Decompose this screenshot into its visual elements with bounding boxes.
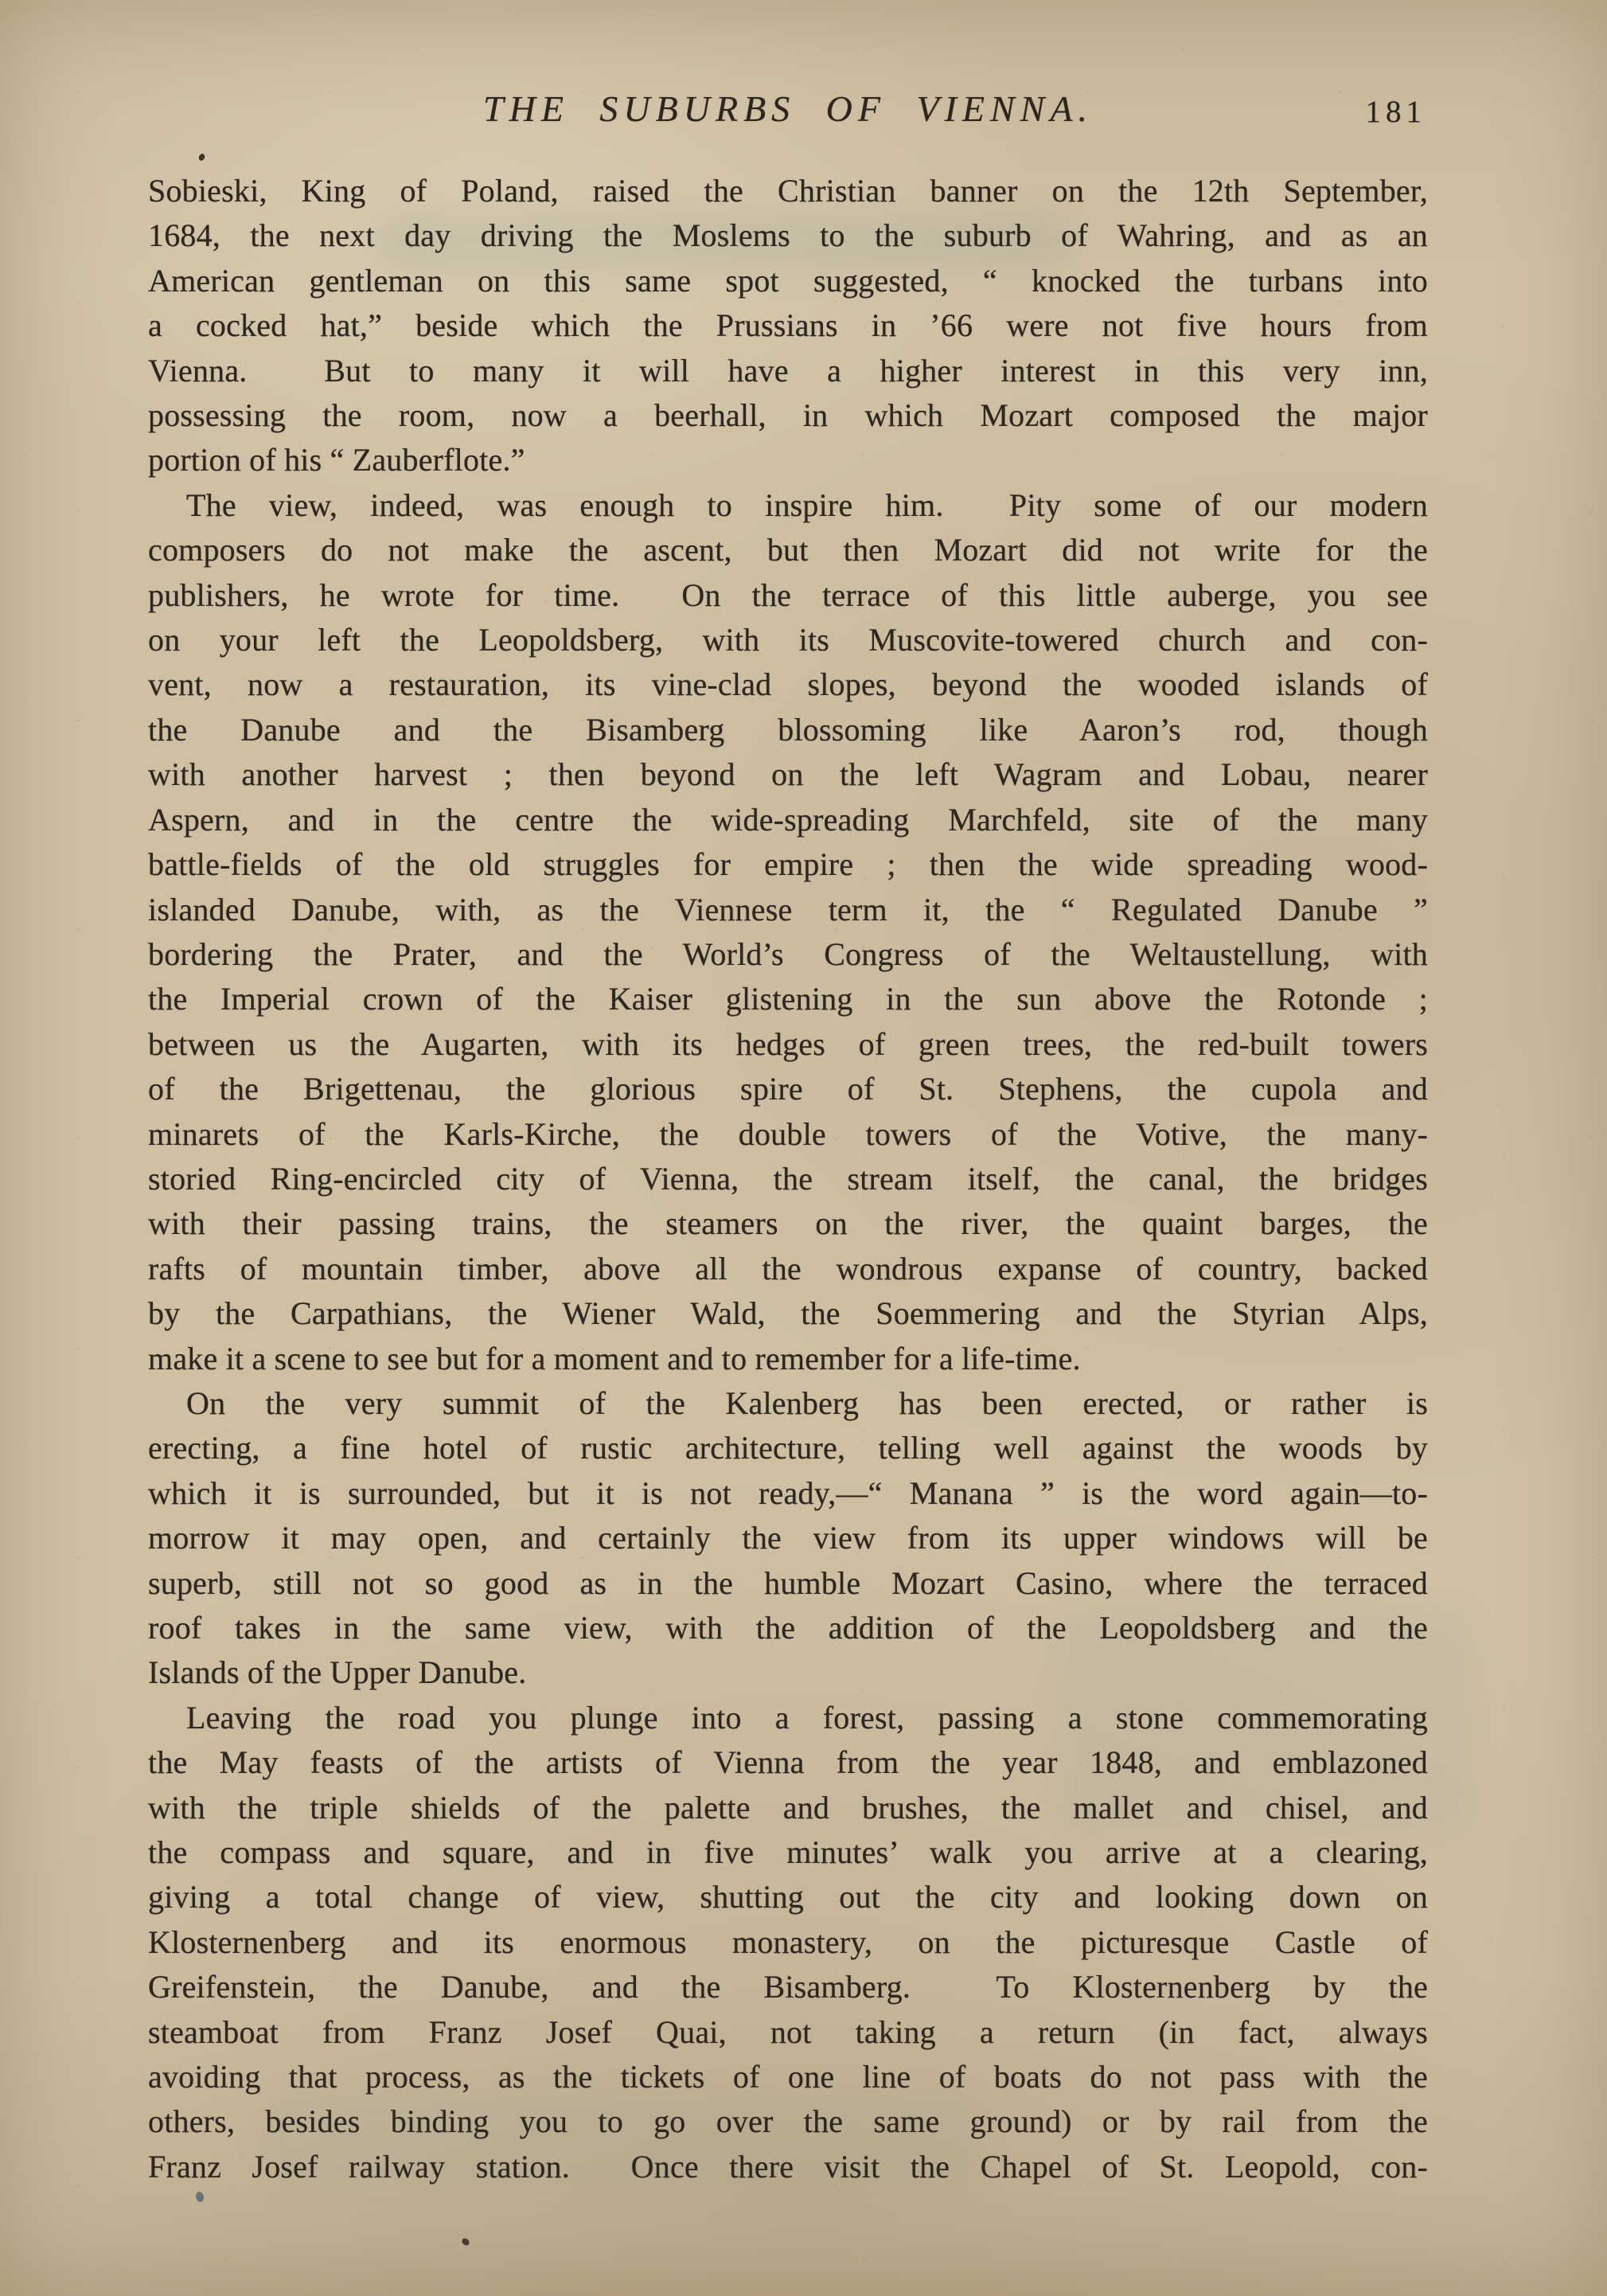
text-line: Klosternenberg and its enormous monaster… bbox=[148, 1920, 1428, 1965]
text-line: steamboat from Franz Josef Quai, not tak… bbox=[148, 2010, 1428, 2055]
ink-speck bbox=[461, 2237, 471, 2247]
text-line: Franz Josef railway station. Once there … bbox=[148, 2145, 1428, 2189]
text-line: others, besides binding you to go over t… bbox=[148, 2099, 1428, 2144]
text-line: make it a scene to see but for a moment … bbox=[148, 1337, 1428, 1381]
page-number: 181 bbox=[1366, 96, 1427, 129]
text-line: the compass and square, and in five minu… bbox=[148, 1830, 1428, 1875]
text-line: possessing the room, now a beerhall, in … bbox=[148, 393, 1428, 438]
text-line: On the very summit of the Kalenberg has … bbox=[148, 1381, 1428, 1426]
text-line: vent, now a restauration, its vine-clad … bbox=[148, 662, 1428, 707]
text-line: islanded Danube, with, as the Viennese t… bbox=[148, 888, 1428, 932]
text-line: the Danube and the Bisamberg blossoming … bbox=[148, 708, 1428, 752]
text-line: The view, indeed, was enough to inspire … bbox=[148, 483, 1428, 528]
text-line: the May feasts of the artists of Vienna … bbox=[148, 1740, 1428, 1785]
text-line: superb, still not so good as in the humb… bbox=[148, 1561, 1428, 1606]
text-line: Greifenstein, the Danube, and the Bisamb… bbox=[148, 1965, 1428, 2009]
text-line: morrow it may open, and certainly the vi… bbox=[148, 1516, 1428, 1560]
text-line: Sobieski, King of Poland, raised the Chr… bbox=[148, 169, 1428, 213]
text-line: composers do not make the ascent, but th… bbox=[148, 528, 1428, 572]
text-line: Leaving the road you plunge into a fores… bbox=[148, 1696, 1428, 1740]
running-header: THE SUBURBS OF VIENNA. 181 bbox=[148, 89, 1428, 140]
body-text: Sobieski, King of Poland, raised the Chr… bbox=[148, 169, 1428, 2189]
text-line: with the triple shields of the palette a… bbox=[148, 1786, 1428, 1830]
text-line: with another harvest ; then beyond on th… bbox=[148, 752, 1428, 797]
ink-speck bbox=[197, 153, 205, 162]
text-line: American gentleman on this same spot sug… bbox=[148, 259, 1428, 303]
paragraph: Sobieski, King of Poland, raised the Chr… bbox=[148, 169, 1428, 483]
text-line: erecting, a fine hotel of rustic archite… bbox=[148, 1426, 1428, 1470]
text-line: bordering the Prater, and the World’s Co… bbox=[148, 932, 1428, 977]
text-line: battle-fields of the old struggles for e… bbox=[148, 842, 1428, 887]
text-line: Aspern, and in the centre the wide-sprea… bbox=[148, 798, 1428, 842]
text-line: Vienna. But to many it will have a highe… bbox=[148, 349, 1428, 393]
paragraph: Leaving the road you plunge into a fores… bbox=[148, 1696, 1428, 2189]
text-line: by the Carpathians, the Wiener Wald, the… bbox=[148, 1291, 1428, 1336]
text-line: giving a total change of view, shutting … bbox=[148, 1875, 1428, 1919]
text-line: between us the Augarten, with its hedges… bbox=[148, 1022, 1428, 1067]
text-line: the Imperial crown of the Kaiser glisten… bbox=[148, 977, 1428, 1021]
text-line: roof takes in the same view, with the ad… bbox=[148, 1606, 1428, 1650]
text-line: with their passing trains, the steamers … bbox=[148, 1201, 1428, 1246]
text-line: a cocked hat,” beside which the Prussian… bbox=[148, 303, 1428, 348]
text-line: Islands of the Upper Danube. bbox=[148, 1650, 1428, 1695]
book-page-scan: THE SUBURBS OF VIENNA. 181 Sobieski, Kin… bbox=[0, 0, 1607, 2296]
text-line: storied Ring-encircled city of Vienna, t… bbox=[148, 1157, 1428, 1201]
text-line: avoiding that process, as the tickets of… bbox=[148, 2055, 1428, 2099]
text-line: on your left the Leopoldsberg, with its … bbox=[148, 618, 1428, 662]
paragraph: On the very summit of the Kalenberg has … bbox=[148, 1381, 1428, 1696]
text-line: which it is surrounded, but it is not re… bbox=[148, 1471, 1428, 1516]
text-line: publishers, he wrote for time. On the te… bbox=[148, 573, 1428, 618]
ink-speck bbox=[195, 2191, 205, 2203]
text-line: rafts of mountain timber, above all the … bbox=[148, 1247, 1428, 1291]
paragraph: The view, indeed, was enough to inspire … bbox=[148, 483, 1428, 1381]
text-line: minarets of the Karls-Kirche, the double… bbox=[148, 1112, 1428, 1157]
text-line: portion of his “ Zauberflote.” bbox=[148, 438, 1428, 482]
text-line: of the Brigettenau, the glorious spire o… bbox=[148, 1067, 1428, 1111]
page-title: THE SUBURBS OF VIENNA. bbox=[148, 89, 1428, 129]
text-line: 1684, the next day driving the Moslems t… bbox=[148, 213, 1428, 258]
